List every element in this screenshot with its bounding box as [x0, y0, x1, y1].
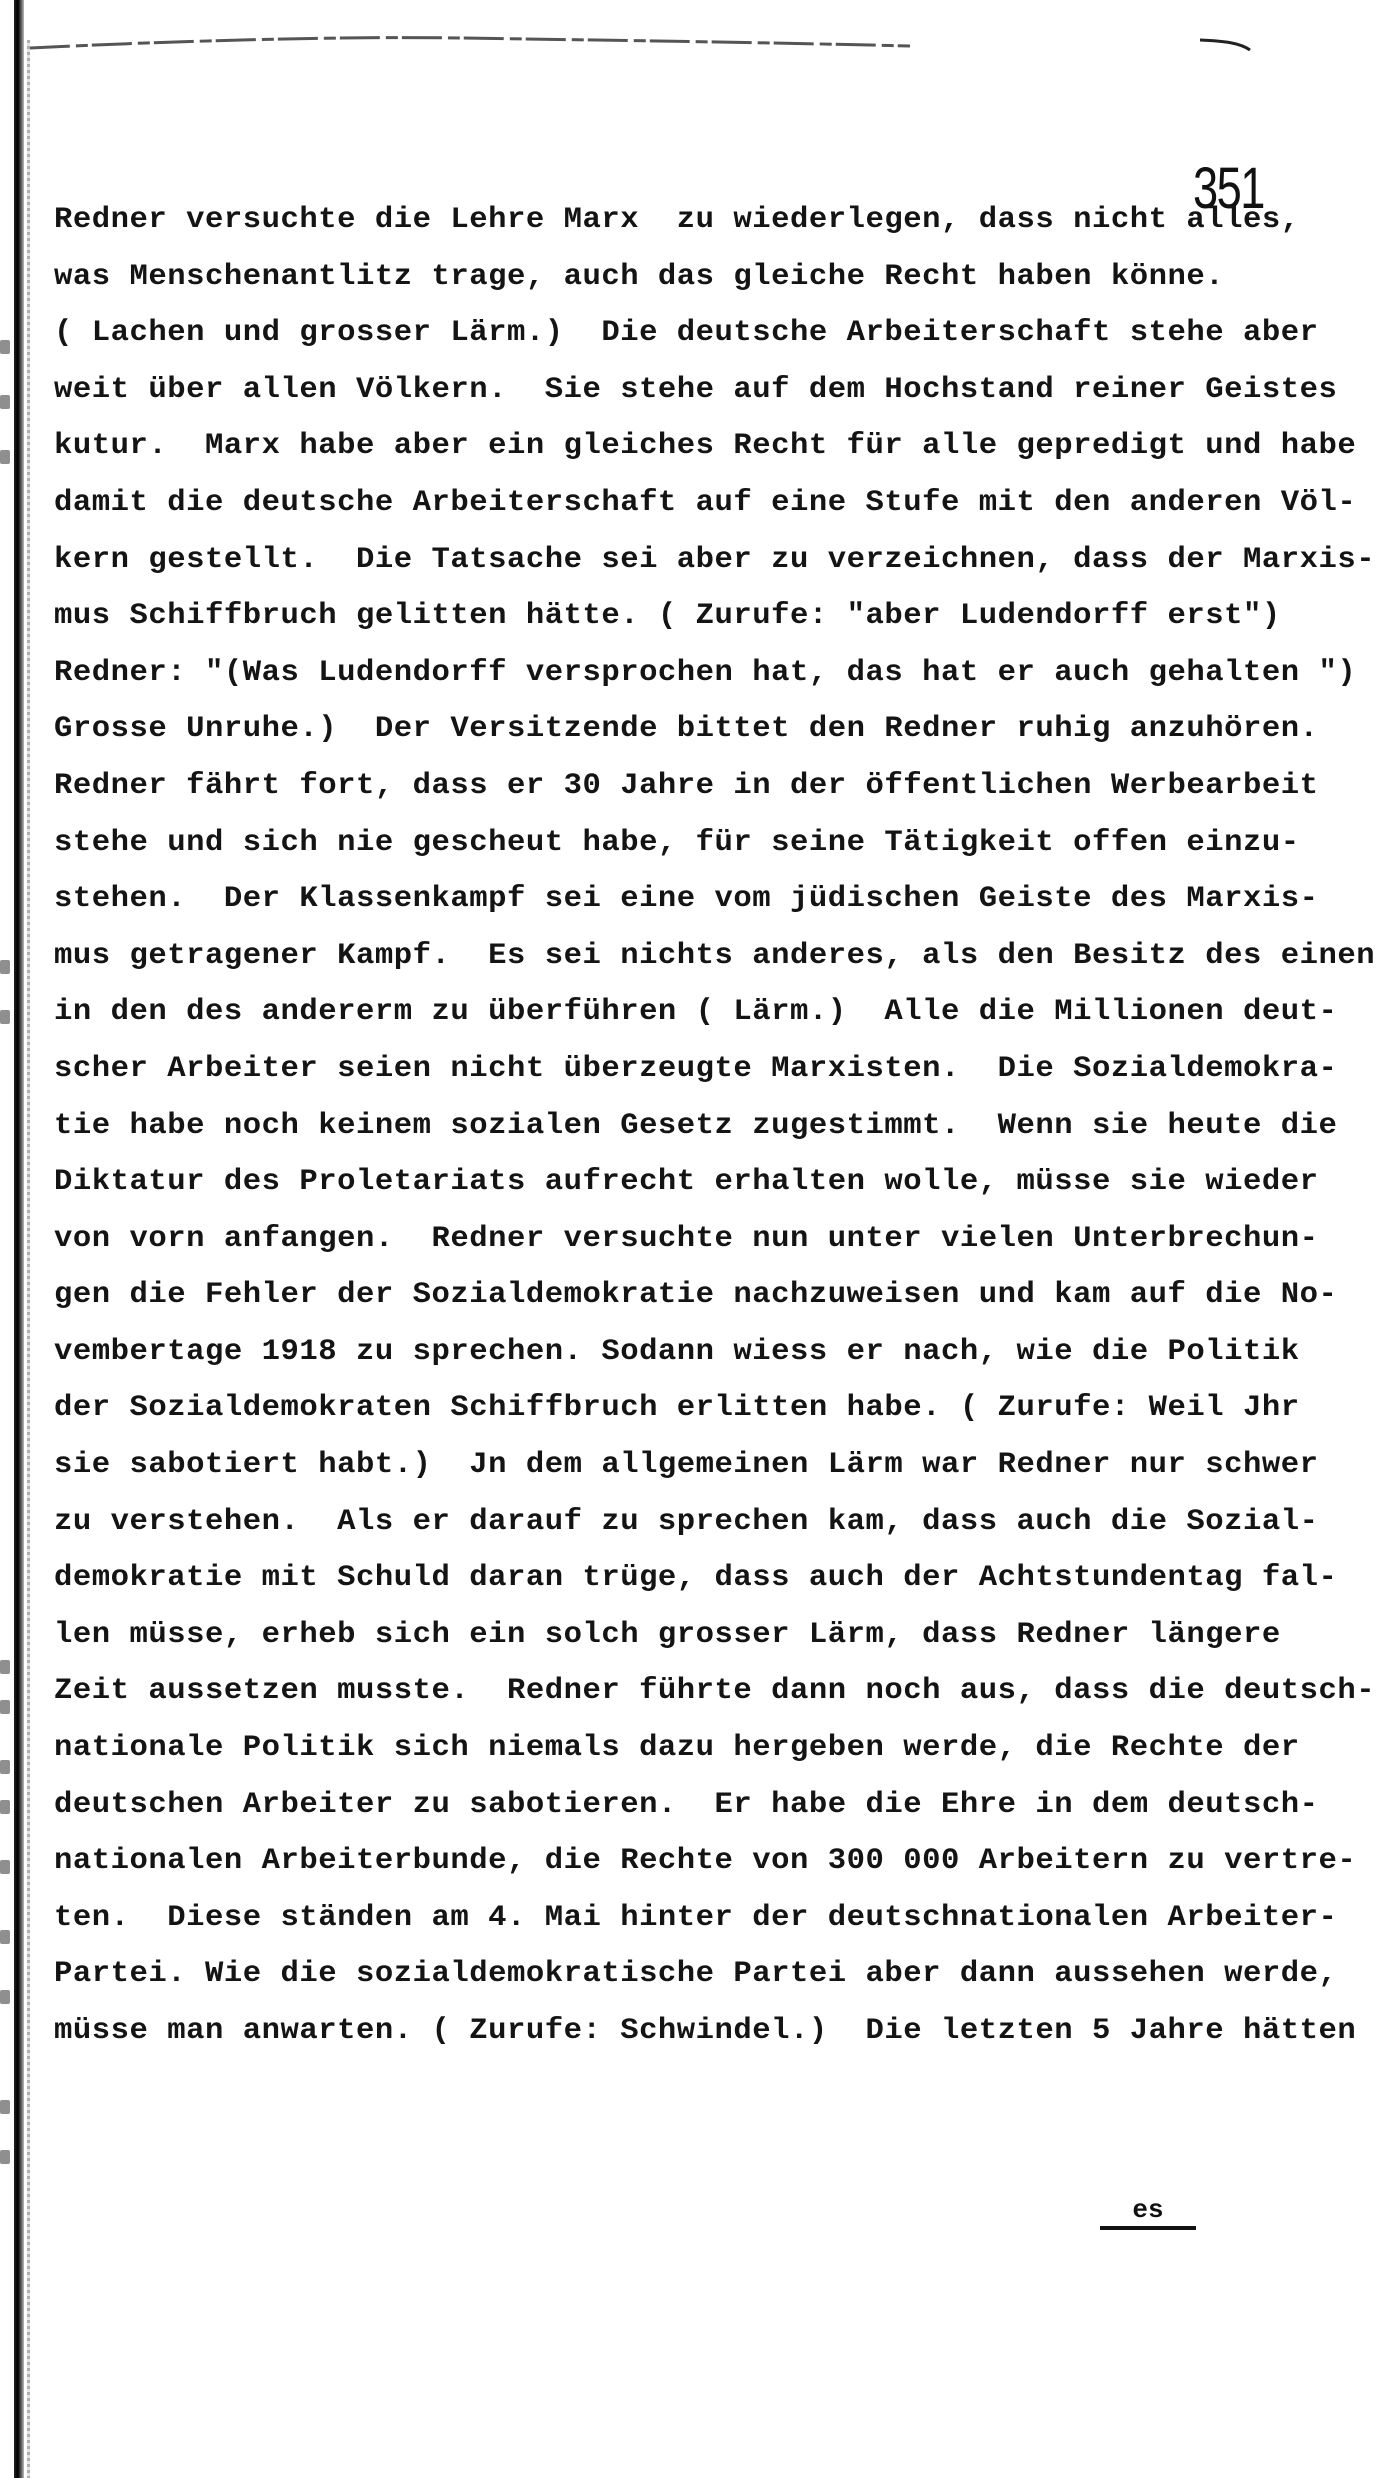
text-line: demokratie mit Schuld daran trüge, dass …: [54, 1558, 1400, 1615]
text-line: kern gestellt. Die Tatsache sei aber zu …: [54, 540, 1400, 597]
text-line: der Sozialdemokraten Schiffbruch erlitte…: [54, 1388, 1400, 1445]
text-line: kutur. Marx habe aber ein gleiches Recht…: [54, 426, 1400, 483]
text-line: stehen. Der Klassenkampf sei eine vom jü…: [54, 879, 1400, 936]
text-line: Diktatur des Proletariats aufrecht erhal…: [54, 1162, 1400, 1219]
text-line: Grosse Unruhe.) Der Versitzende bittet d…: [54, 709, 1400, 766]
text-line: müsse man anwarten. ( Zurufe: Schwindel.…: [54, 2011, 1400, 2068]
text-line: zu verstehen. Als er darauf zu sprechen …: [54, 1502, 1400, 1559]
text-line: scher Arbeiter seien nicht überzeugte Ma…: [54, 1049, 1400, 1106]
text-line: Redner: "(Was Ludendorff versprochen hat…: [54, 653, 1400, 710]
margin-marks: [0, 0, 14, 2478]
text-line: ( Lachen und grosser Lärm.) Die deutsche…: [54, 313, 1400, 370]
text-line: nationale Politik sich niemals dazu herg…: [54, 1728, 1400, 1785]
text-line: Partei. Wie die sozialdemokratische Part…: [54, 1954, 1400, 2011]
text-line: Zeit aussetzen musste. Redner führte dan…: [54, 1671, 1400, 1728]
typewritten-report-text: Redner versuchte die Lehre Marx zu wiede…: [54, 200, 1394, 2068]
text-line: Redner versuchte die Lehre Marx zu wiede…: [54, 200, 1400, 257]
text-line: was Menschenantlitz trage, auch das glei…: [54, 257, 1400, 314]
catchword: es: [1100, 2196, 1196, 2230]
text-line: sie sabotiert habt.) Jn dem allgemeinen …: [54, 1445, 1400, 1502]
binding-shadow: [27, 40, 30, 2478]
paper-top-edge: [30, 32, 1280, 52]
text-line: len müsse, erheb sich ein solch grosser …: [54, 1615, 1400, 1672]
text-line: damit die deutsche Arbeiterschaft auf ei…: [54, 483, 1400, 540]
text-line: von vorn anfangen. Redner versuchte nun …: [54, 1219, 1400, 1276]
text-line: nationalen Arbeiterbunde, die Rechte von…: [54, 1841, 1400, 1898]
text-line: stehe und sich nie gescheut habe, für se…: [54, 823, 1400, 880]
text-line: in den des andererm zu überführen ( Lärm…: [54, 992, 1400, 1049]
text-line: mus Schiffbruch gelitten hätte. ( Zurufe…: [54, 596, 1400, 653]
text-line: gen die Fehler der Sozialdemokratie nach…: [54, 1275, 1400, 1332]
text-line: tie habe noch keinem sozialen Gesetz zug…: [54, 1106, 1400, 1163]
text-line: deutschen Arbeiter zu sabotieren. Er hab…: [54, 1785, 1400, 1842]
text-line: mus getragener Kampf. Es sei nichts ande…: [54, 936, 1400, 993]
binding-edge: [14, 0, 24, 2478]
text-line: weit über allen Völkern. Sie stehe auf d…: [54, 370, 1400, 427]
text-line: vembertage 1918 zu sprechen. Sodann wies…: [54, 1332, 1400, 1389]
text-line: Redner fährt fort, dass er 30 Jahre in d…: [54, 766, 1400, 823]
text-line: ten. Diese ständen am 4. Mai hinter der …: [54, 1898, 1400, 1955]
